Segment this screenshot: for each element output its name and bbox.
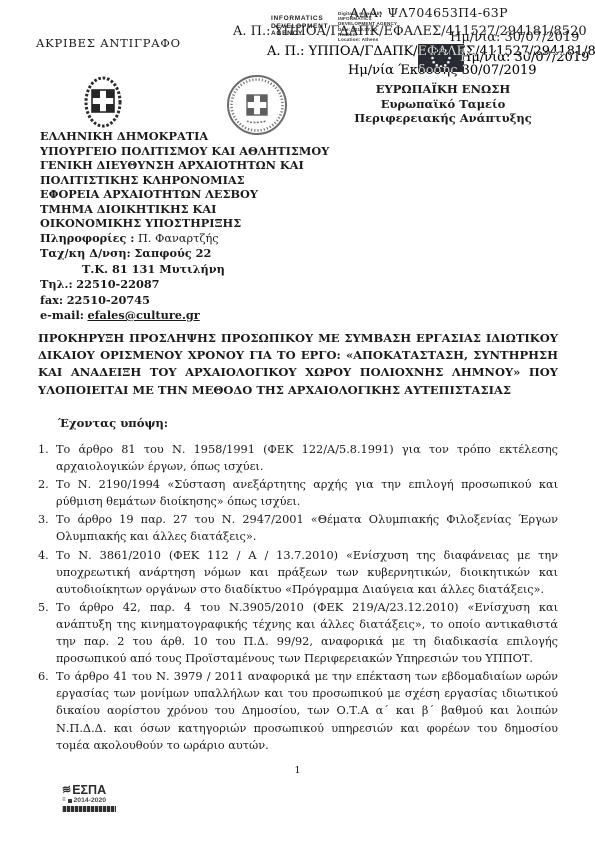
item-text: Το άρθρο 81 του Ν. 1958/1991 (ΦΕΚ 122/Α/… <box>56 441 558 475</box>
contact-row: fax: 22510-20745 <box>40 293 329 309</box>
contact-value: efales@culture.gr <box>88 308 200 322</box>
page-number: 1 <box>0 765 595 776</box>
item-number: 3. <box>38 511 56 545</box>
espa-period: 2014-2020 <box>74 796 107 805</box>
espa-name: ΕΣΠΑ <box>72 784 106 796</box>
agency-line: ΥΠΟΥΡΓΕΙΟ ΠΟΛΙΤΙΣΜΟΥ ΚΑΙ ΑΘΛΗΤΙΣΜΟΥ <box>40 144 329 159</box>
exact-copy-label: ΑΚΡΙΒΕΣ ΑΝΤΙΓΡΑΦΟ <box>36 36 181 50</box>
legal-references-list: 1. Το άρθρο 81 του Ν. 1958/1991 (ΦΕΚ 122… <box>38 441 558 755</box>
item-number: 4. <box>38 547 56 598</box>
agency-line: ΓΕΝΙΚΗ ΔΙΕΥΘΥΝΣΗ ΑΡΧΑΙΟΤΗΤΩΝ ΚΑΙ <box>40 158 329 173</box>
eu-regional-development-label: Περιφερειακής Ανάπτυξης <box>330 111 556 126</box>
document-page: ΑΔΑ: ΨΛ704653Π4-63Ρ ΑΚΡΙΒΕΣ ΑΝΤΙΓΡΑΦΟ IN… <box>0 0 595 842</box>
contact-label: Πληροφορίες : <box>40 231 134 245</box>
contact-row: Τ.Κ. 81 131 Μυτιλήνη <box>40 262 329 278</box>
contact-lines: Πληροφορίες : Π. Φαναρτζής Ταχ/κη Δ/νση:… <box>40 231 329 324</box>
agency-line: ΟΙΚΟΝΟΜΙΚΗΣ ΥΠΟΣΤΗΡΙΞΗΣ <box>40 216 329 231</box>
legal-reference-item: 2. Το Ν. 2190/1994 «Σύσταση ανεξάρτητης … <box>38 476 558 510</box>
agency-line: ΠΟΛΙΤΙΣΤΙΚΗΣ ΚΛΗΡΟΝΟΜΙΑΣ <box>40 173 329 188</box>
espa-wave-icon: ≋ <box>61 783 72 796</box>
item-text: Το άρθρο 42, παρ. 4 του Ν.3905/2010 (ΦΕΚ… <box>56 599 558 667</box>
item-number: 2. <box>38 476 56 510</box>
eu-union-label: ΕΥΡΩΠΑΪΚΗ ΕΝΩΣΗ <box>330 82 556 97</box>
legal-reference-item: 6. Το άρθρο 41 του Ν. 3979 / 2011 αναφορ… <box>38 668 558 753</box>
item-text: Το Ν. 2190/1994 «Σύσταση ανεξάρτητης αρχ… <box>56 476 558 510</box>
issuing-authority-block: ΕΛΛΗΝΙΚΗ ΔΗΜΟΚΡΑΤΙΑΥΠΟΥΡΓΕΙΟ ΠΟΛΙΤΙΣΜΟΥ … <box>40 129 329 324</box>
item-number: 5. <box>38 599 56 667</box>
contact-label: Τηλ.: <box>40 277 73 291</box>
contact-row: Ταχ/κη Δ/νση: Σαπφούς 22 <box>40 246 329 262</box>
contact-label: fax: <box>40 293 63 307</box>
contact-value: Π. Φαναρτζής <box>138 232 219 245</box>
contact-value: 22510-20745 <box>67 293 150 307</box>
legal-reference-item: 4. Το Ν. 3861/2010 (ΦΕΚ 112 / Α / 13.7.2… <box>38 547 558 598</box>
item-text: Το άρθρο 41 του Ν. 3979 / 2011 αναφορικά… <box>56 668 558 753</box>
item-number: 6. <box>38 668 56 753</box>
legal-reference-item: 5. Το άρθρο 42, παρ. 4 του Ν.3905/2010 (… <box>38 599 558 667</box>
eu-fund-label: Ευρωπαϊκό Ταμείο <box>330 97 556 112</box>
stamp-agency-line: INFORMATICS <box>271 15 328 23</box>
hellenic-republic-emblem <box>82 74 124 134</box>
espa-bottom-bar <box>62 806 116 812</box>
contact-value: Τ.Κ. 81 131 Μυτιλήνη <box>82 262 225 276</box>
espa-lines-icon: ≡ <box>62 796 66 805</box>
item-number: 1. <box>38 441 56 475</box>
issue-date-line: Ημ/νία Έκδοσης 30/07/2019 <box>348 63 537 78</box>
agency-line: ΕΛΛΗΝΙΚΗ ΔΗΜΟΚΡΑΤΙΑ <box>40 129 329 144</box>
item-text: Το Ν. 3861/2010 (ΦΕΚ 112 / Α / 13.7.2010… <box>56 547 558 598</box>
date-line-1: Ημ/νία: 30/07/2019 <box>450 30 579 45</box>
contact-row: Πληροφορίες : Π. Φαναρτζής <box>40 231 329 247</box>
contact-row: Τηλ.: 22510-22087 <box>40 277 329 293</box>
announcement-title: ΠΡΟΚΗΡΥΞΗ ΠΡΟΣΛΗΨΗΣ ΠΡΟΣΩΠΙΚΟΥ ΜΕ ΣΥΜΒΑΣ… <box>38 330 558 399</box>
contact-row: e-mail: efales@culture.gr <box>40 308 329 324</box>
contact-value: 22510-22087 <box>76 277 159 291</box>
item-text: Το άρθρο 19 παρ. 27 του Ν. 2947/2001 «Θέ… <box>56 511 558 545</box>
agency-line: ΕΦΟΡΕΙΑ ΑΡΧΑΙΟΤΗΤΩΝ ΛΕΣΒΟΥ <box>40 187 329 202</box>
legal-reference-item: 3. Το άρθρο 19 παρ. 27 του Ν. 2947/2001 … <box>38 511 558 545</box>
legal-reference-item: 1. Το άρθρο 81 του Ν. 1958/1991 (ΦΕΚ 122… <box>38 441 558 475</box>
agency-lines: ΕΛΛΗΝΙΚΗ ΔΗΜΟΚΡΑΤΙΑΥΠΟΥΡΓΕΙΟ ΠΟΛΙΤΙΣΜΟΥ … <box>40 129 329 231</box>
espa-square-icon <box>68 799 72 803</box>
contact-label: e-mail: <box>40 308 84 322</box>
agency-line: ΤΜΗΜΑ ΔΙΟΙΚΗΤΙΚΗΣ ΚΑΙ <box>40 202 329 217</box>
contact-label: Ταχ/κη Δ/νση: <box>40 246 131 260</box>
espa-logo: ≋ ΕΣΠΑ ≡ 2014-2020 <box>62 784 122 812</box>
having-regard-heading: Έχοντας υπόψη: <box>58 416 168 430</box>
eu-fund-block: ΕΥΡΩΠΑΪΚΗ ΕΝΩΣΗ Ευρωπαϊκό Ταμείο Περιφερ… <box>330 82 556 126</box>
contact-value: Σαπφούς 22 <box>134 246 211 260</box>
